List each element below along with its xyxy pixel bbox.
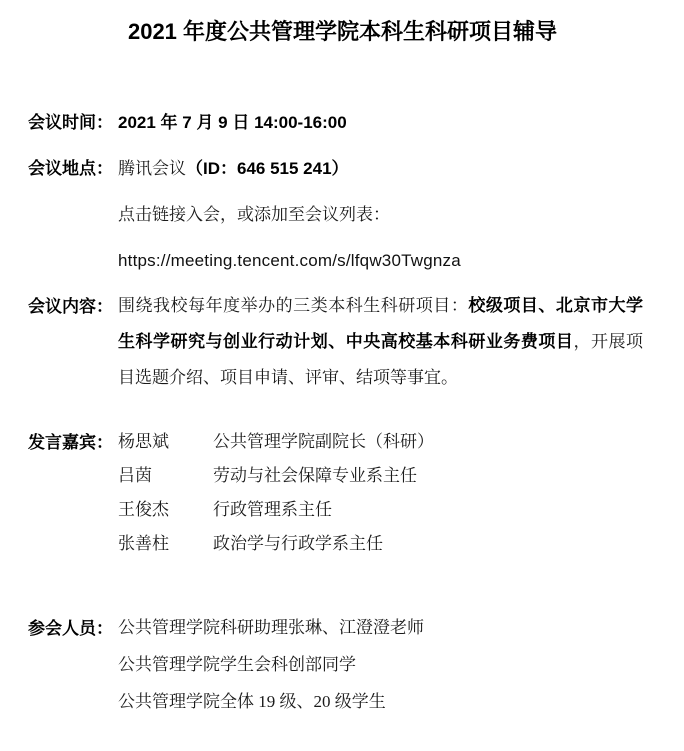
meeting-location-label: 会议地点： bbox=[28, 158, 118, 179]
meeting-id: （ID：646 515 241） bbox=[186, 159, 349, 178]
meeting-location-row: 会议地点： 腾讯会议（ID：646 515 241） bbox=[28, 158, 657, 179]
participants-section: 参会人员： 公共管理学院科研助理张琳、江澄澄老师 公共管理学院学生会科创部同学 … bbox=[28, 618, 657, 729]
page-title: 2021 年度公共管理学院本科生科研项目辅导 bbox=[28, 16, 657, 48]
join-hint-text: 点击链接入会，或添加至会议列表： bbox=[118, 204, 390, 225]
speaker-title: 劳动与社会保障专业系主任 bbox=[213, 466, 417, 486]
speakers-list: 杨思斌 公共管理学院副院长（科研） 吕茵 劳动与社会保障专业系主任 王俊杰 行政… bbox=[118, 432, 657, 568]
meeting-location-value: 腾讯会议（ID：646 515 241） bbox=[118, 158, 349, 179]
speakers-section: 发言嘉宾： 杨思斌 公共管理学院副院长（科研） 吕茵 劳动与社会保障专业系主任 … bbox=[28, 432, 657, 568]
speaker-row: 张善柱 政治学与行政学系主任 bbox=[118, 534, 657, 554]
speaker-name: 吕茵 bbox=[118, 466, 213, 486]
meeting-content-paragraph: 围绕我校每年度举办的三类本科生科研项目：校级项目、北京市大学生科学研究与创业行动… bbox=[118, 288, 643, 396]
meeting-link-row: https://meeting.tencent.com/s/lfqw30Twgn… bbox=[28, 250, 657, 271]
meeting-time-row: 会议时间： 2021 年 7 月 9 日 14:00-16:00 bbox=[28, 112, 657, 133]
meeting-time-label: 会议时间： bbox=[28, 112, 118, 133]
participants-list: 公共管理学院科研助理张琳、江澄澄老师 公共管理学院学生会科创部同学 公共管理学院… bbox=[118, 618, 657, 729]
meeting-notice-document: 2021 年度公共管理学院本科生科研项目辅导 会议时间： 2021 年 7 月 … bbox=[0, 0, 684, 751]
participant-row: 公共管理学院科研助理张琳、江澄澄老师 bbox=[118, 618, 657, 638]
speakers-label: 发言嘉宾： bbox=[28, 432, 118, 453]
speaker-name: 杨思斌 bbox=[118, 432, 213, 452]
meeting-link: https://meeting.tencent.com/s/lfqw30Twgn… bbox=[118, 250, 461, 271]
join-hint-row: 点击链接入会，或添加至会议列表： bbox=[28, 204, 657, 225]
speaker-title: 公共管理学院副院长（科研） bbox=[213, 432, 434, 452]
speaker-title: 行政管理系主任 bbox=[213, 500, 332, 520]
speaker-name: 王俊杰 bbox=[118, 500, 213, 520]
speaker-row: 杨思斌 公共管理学院副院长（科研） bbox=[118, 432, 657, 452]
meeting-content-row: 会议内容： 围绕我校每年度举办的三类本科生科研项目：校级项目、北京市大学生科学研… bbox=[28, 296, 657, 396]
speaker-row: 王俊杰 行政管理系主任 bbox=[118, 500, 657, 520]
participants-label: 参会人员： bbox=[28, 618, 118, 639]
participant-row: 公共管理学院全体 19 级、20 级学生 bbox=[118, 692, 657, 712]
meeting-content-label: 会议内容： bbox=[28, 296, 118, 317]
speaker-name: 张善柱 bbox=[118, 534, 213, 554]
participant-row: 公共管理学院学生会科创部同学 bbox=[118, 655, 657, 675]
meeting-time-value: 2021 年 7 月 9 日 14:00-16:00 bbox=[118, 112, 347, 133]
speaker-title: 政治学与行政学系主任 bbox=[213, 534, 383, 554]
meeting-platform: 腾讯会议 bbox=[118, 159, 186, 178]
content-intro: 围绕我校每年度举办的三类本科生科研项目： bbox=[118, 296, 468, 315]
speaker-row: 吕茵 劳动与社会保障专业系主任 bbox=[118, 466, 657, 486]
